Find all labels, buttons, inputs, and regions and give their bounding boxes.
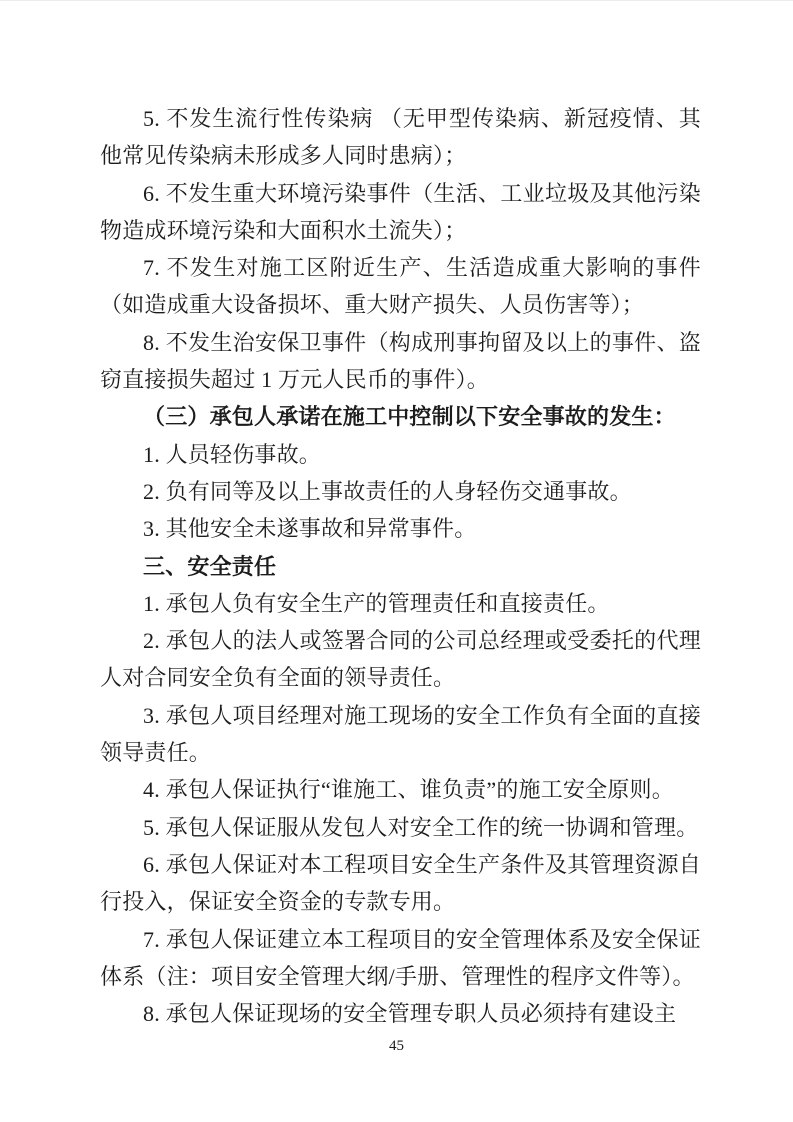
section-heading-safety-responsibility: 三、安全责任 [100,548,701,585]
responsibility-item-7: 7. 承包人保证建立本工程项目的安全管理体系及安全保证体系（注：项目安全管理大纲… [100,921,701,996]
clause-2-item-5: 5. 不发生流行性传染病 （无甲型传染病、新冠疫情、其他常见传染病未形成多人同时… [100,100,701,175]
responsibility-item-6: 6. 承包人保证对本工程项目安全生产条件及其管理资源自行投入，保证安全资金的专款… [100,846,701,921]
promise-item-2: 2. 负有同等及以上事故责任的人身轻伤交通事故。 [100,473,701,510]
clause-2-item-7: 7. 不发生对施工区附近生产、生活造成重大影响的事件（如造成重大设备损坏、重大财… [100,249,701,324]
clause-2-item-8: 8. 不发生治安保卫事件（构成刑事拘留及以上的事件、盗窃直接损失超过 1 万元人… [100,324,701,399]
clause-2-item-6: 6. 不发生重大环境污染事件（生活、工业垃圾及其他污染物造成环境污染和大面积水土… [100,175,701,250]
document-body: 5. 不发生流行性传染病 （无甲型传染病、新冠疫情、其他常见传染病未形成多人同时… [100,100,701,1032]
responsibility-item-2: 2. 承包人的法人或签署合同的公司总经理或受委托的代理人对合同安全负有全面的领导… [100,622,701,697]
section-heading-contractor-promise: （三）承包人承诺在施工中控制以下安全事故的发生： [100,398,701,435]
responsibility-item-3: 3. 承包人项目经理对施工现场的安全工作负有全面的直接领导责任。 [100,697,701,772]
responsibility-item-5: 5. 承包人保证服从发包人对安全工作的统一协调和管理。 [100,809,701,846]
promise-item-3: 3. 其他安全未遂事故和异常事件。 [100,510,701,547]
page-number: 45 [0,1037,793,1055]
responsibility-item-4: 4. 承包人保证执行“谁施工、谁负责”的施工安全原则。 [100,771,701,808]
responsibility-item-1: 1. 承包人负有安全生产的管理责任和直接责任。 [100,585,701,622]
document-page: 5. 不发生流行性传染病 （无甲型传染病、新冠疫情、其他常见传染病未形成多人同时… [0,0,793,1122]
promise-item-1: 1. 人员轻伤事故。 [100,436,701,473]
responsibility-item-8: 8. 承包人保证现场的安全管理专职人员必须持有建设主 [100,995,701,1032]
